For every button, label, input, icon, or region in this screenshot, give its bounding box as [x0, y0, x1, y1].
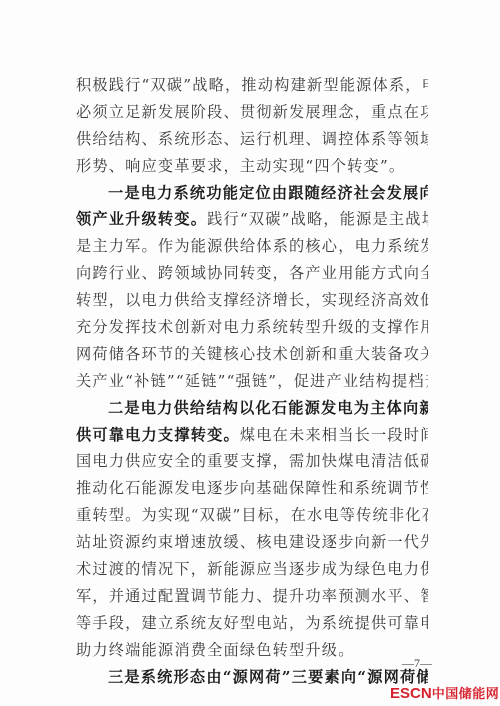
document-body: 积极践行“双碳”战略，推动构建新型能源体系，电力系统 必须立足新发展阶段、贯彻新… [76, 72, 428, 690]
para1-text: 践行“双碳”战略，能源是主战场，电力 [207, 210, 428, 228]
text-line: 积极践行“双碳”战略，推动构建新型能源体系，电力系统 [76, 72, 428, 99]
para2-heading-cont: 供可靠电力支撑转变。 [76, 426, 240, 444]
text-line: 形势、响应变革要求，主动实现“四个转变”。 [76, 153, 428, 180]
para3-heading: 三是系统形态由“源网荷”三要素向“源网荷储”四要 [76, 664, 428, 691]
text-line: 是主力军。作为能源供给体系的核心，电力系统发展应逐渐 [76, 233, 428, 260]
text-line: 必须立足新发展阶段、贯彻新发展理念，重点在功能定位、 [76, 99, 428, 126]
page-number: —7— [402, 656, 432, 671]
text-line: 站址资源约束增速放缓、核电建设逐步向新一代先进核电技 [76, 529, 428, 556]
text-line: 供给结构、系统形态、运行机理、调控体系等领域顺应发展 [76, 126, 428, 153]
text-line: 网荷储各环节的关键核心技术创新和重大装备攻关推动相 [76, 341, 428, 368]
text-line: 关产业“补链”“延链”“强链”，促进产业结构提档升级。 [76, 368, 428, 395]
para1-heading-cont: 领产业升级转变。 [76, 210, 207, 228]
text-line: 向跨行业、跨领域协同转变，各产业用能方式向全面低碳化 [76, 260, 428, 287]
text-line: 充分发挥技术创新对电力系统转型升级的支撑作用，通过源 [76, 314, 428, 341]
text-line: 国电力供应安全的重要支撑，需加快煤电清洁低碳化发展， [76, 448, 428, 475]
text-line: 重转型。为实现“双碳”目标，在水电等传统非化石能源受 [76, 502, 428, 529]
para2-heading: 二是电力供给结构以化石能源发电为主体向新能源提 [76, 395, 428, 422]
escn-watermark-logo: ESCN中国储能网 [390, 683, 499, 702]
document-page: 积极践行“双碳”战略，推动构建新型能源体系，电力系统 必须立足新发展阶段、贯彻新… [0, 0, 500, 706]
text-line: 等手段，建立系统友好型电站，为系统提供可靠电力支撑， [76, 610, 428, 637]
para2-text: 煤电在未来相当长一段时间内仍是我 [240, 426, 428, 444]
text-line: 转型，以电力供给支撑经济增长，实现经济高效低碳发展。 [76, 287, 428, 314]
text-line: 助力终端能源消费全面绿色转型升级。 [76, 637, 428, 664]
watermark-chinese: 中国储能网 [432, 686, 500, 701]
watermark-latin: ESCN [390, 685, 432, 702]
text-line: 领产业升级转变。践行“双碳”战略，能源是主战场，电力 [76, 206, 428, 233]
text-line: 推动化石能源发电逐步向基础保障性和系统调节性电源并 [76, 475, 428, 502]
text-line: 供可靠电力支撑转变。煤电在未来相当长一段时间内仍是我 [76, 422, 428, 449]
text-line: 术过渡的情况下，新能源应当逐步成为绿色电力供应的主力 [76, 556, 428, 583]
para1-heading: 一是电力系统功能定位由跟随经济社会发展向主动引 [76, 180, 428, 207]
text-line: 军，并通过配置调节能力、提升功率预测水平、智慧化调度 [76, 583, 428, 610]
